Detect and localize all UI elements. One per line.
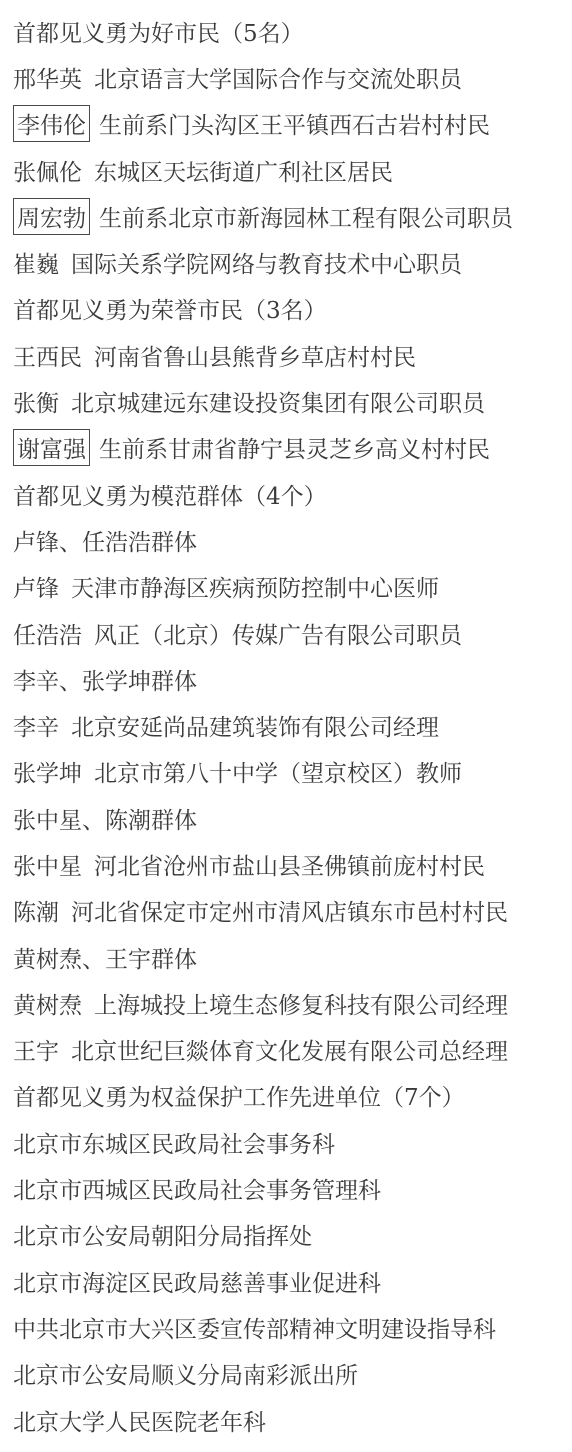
group-header-text: 张中星、陈潮群体 [13,802,197,835]
unit-row: 北京市西城区民政局社会事务管理科 [13,1165,572,1211]
person-desc: 北京世纪巨燚体育文化发展有限公司总经理 [71,1033,508,1066]
person-row: 任浩浩风正（北京）传媒广告有限公司职员 [13,610,572,656]
person-desc: 生前系门头沟区王平镇西石古岩村村民 [99,107,490,140]
person-desc: 北京市第八十中学（望京校区）教师 [94,755,462,788]
section-header-row: 首都见义勇为荣誉市民（3名） [13,286,572,332]
group-header-text: 黄树焘、王宇群体 [13,941,197,974]
section-header-text: 首都见义勇为好市民（5名） [13,15,304,48]
group-header-row: 黄树焘、王宇群体 [13,934,572,980]
person-row: 谢富强生前系甘肃省静宁县灵芝乡高义村村民 [13,425,572,471]
person-name: 张衡 [13,385,59,418]
person-row: 李伟伦生前系门头沟区王平镇西石古岩村村民 [13,101,572,147]
unit-text: 中共北京市大兴区委宣传部精神文明建设指导科 [13,1311,496,1344]
person-row: 张学坤北京市第八十中学（望京校区）教师 [13,749,572,795]
unit-text: 北京市公安局朝阳分局指挥处 [13,1218,312,1251]
person-row: 张中星河北省沧州市盐山县圣佛镇前庞村村民 [13,841,572,887]
person-name: 李辛 [13,709,59,742]
unit-text: 北京市公安局顺义分局南彩派出所 [13,1357,358,1390]
person-name: 张中星 [13,848,82,881]
person-desc: 北京城建远东建设投资集团有限公司职员 [71,385,485,418]
person-desc: 生前系北京市新海园林工程有限公司职员 [99,200,513,233]
person-desc: 生前系甘肃省静宁县灵芝乡高义村村民 [99,431,490,464]
section-header-row: 首都见义勇为模范群体（4个） [13,471,572,517]
unit-row: 北京市公安局朝阳分局指挥处 [13,1212,572,1258]
unit-row: 北京市公安局顺义分局南彩派出所 [13,1351,572,1397]
person-row: 李辛北京安延尚品建筑装饰有限公司经理 [13,702,572,748]
person-desc: 河北省沧州市盐山县圣佛镇前庞村村民 [94,848,485,881]
person-row: 王宇北京世纪巨燚体育文化发展有限公司总经理 [13,1027,572,1073]
section-header-row: 首都见义勇为好市民（5名） [13,8,572,54]
person-name: 张学坤 [13,755,82,788]
unit-row: 北京市东城区民政局社会事务科 [13,1119,572,1165]
unit-text: 北京市西城区民政局社会事务管理科 [13,1172,381,1205]
person-row: 周宏勃生前系北京市新海园林工程有限公司职员 [13,193,572,239]
person-row: 崔巍国际关系学院网络与教育技术中心职员 [13,239,572,285]
person-name: 卢锋 [13,570,59,603]
award-recipient-list: 首都见义勇为好市民（5名）邢华英北京语言大学国际合作与交流处职员李伟伦生前系门头… [0,0,572,1443]
person-row: 黄树焘上海城投上境生态修复科技有限公司经理 [13,980,572,1026]
person-name-boxed: 谢富强 [13,429,90,466]
group-header-text: 李辛、张学坤群体 [13,663,197,696]
person-name-boxed: 李伟伦 [13,105,90,142]
section-header-text: 首都见义勇为模范群体（4个） [13,478,327,511]
person-row: 张佩伦东城区天坛街道广利社区居民 [13,147,572,193]
person-desc: 上海城投上境生态修复科技有限公司经理 [94,987,508,1020]
person-desc: 北京语言大学国际合作与交流处职员 [94,61,462,94]
section-header-text: 首都见义勇为荣誉市民（3名） [13,292,327,325]
group-header-row: 卢锋、任浩浩群体 [13,517,572,563]
person-row: 陈潮河北省保定市定州市清风店镇东市邑村村民 [13,888,572,934]
person-name: 邢华英 [13,61,82,94]
person-desc: 北京安延尚品建筑装饰有限公司经理 [71,709,439,742]
person-name-boxed: 周宏勃 [13,198,90,235]
person-desc: 河南省鲁山县熊背乡草店村村民 [94,339,416,372]
person-name: 黄树焘 [13,987,82,1020]
group-header-text: 卢锋、任浩浩群体 [13,524,197,557]
section-header-row: 首都见义勇为权益保护工作先进单位（7个） [13,1073,572,1119]
unit-text: 北京大学人民医院老年科 [13,1404,266,1437]
unit-text: 北京市东城区民政局社会事务科 [13,1126,335,1159]
unit-row: 北京市海淀区民政局慈善事业促进科 [13,1258,572,1304]
unit-row: 中共北京市大兴区委宣传部精神文明建设指导科 [13,1304,572,1350]
unit-text: 北京市海淀区民政局慈善事业促进科 [13,1265,381,1298]
person-name: 陈潮 [13,894,59,927]
person-name: 王宇 [13,1033,59,1066]
person-desc: 风正（北京）传媒广告有限公司职员 [94,617,462,650]
person-desc: 河北省保定市定州市清风店镇东市邑村村民 [71,894,508,927]
person-desc: 天津市静海区疾病预防控制中心医师 [71,570,439,603]
person-row: 张衡北京城建远东建设投资集团有限公司职员 [13,378,572,424]
person-row: 邢华英北京语言大学国际合作与交流处职员 [13,54,572,100]
person-name: 任浩浩 [13,617,82,650]
person-name: 崔巍 [13,246,59,279]
person-name: 王西民 [13,339,82,372]
group-header-row: 李辛、张学坤群体 [13,656,572,702]
person-desc: 国际关系学院网络与教育技术中心职员 [71,246,462,279]
person-row: 王西民河南省鲁山县熊背乡草店村村民 [13,332,572,378]
person-row: 卢锋天津市静海区疾病预防控制中心医师 [13,564,572,610]
unit-row: 北京大学人民医院老年科 [13,1397,572,1443]
section-header-text: 首都见义勇为权益保护工作先进单位（7个） [13,1079,465,1112]
group-header-row: 张中星、陈潮群体 [13,795,572,841]
person-desc: 东城区天坛街道广利社区居民 [94,154,393,187]
person-name: 张佩伦 [13,154,82,187]
